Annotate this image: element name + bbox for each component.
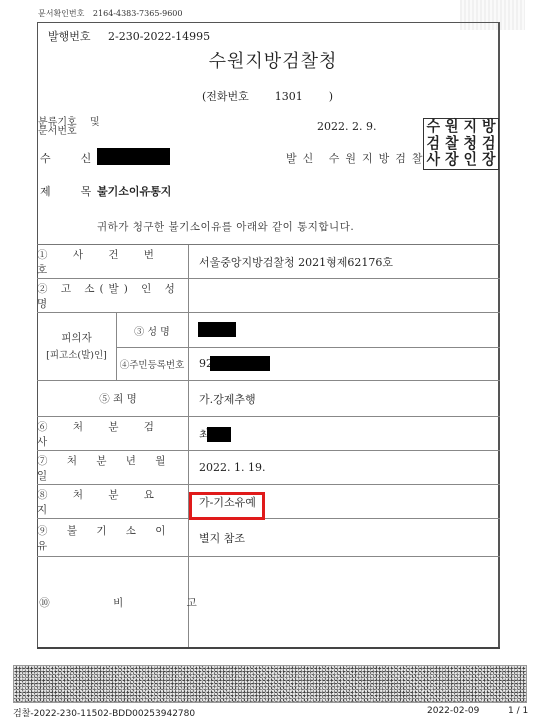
non-indictment-reason-label: ⑨ 불 기 소 이 유 xyxy=(37,519,188,556)
security-pattern-band xyxy=(13,665,527,703)
phone-number: 1301 xyxy=(275,90,303,103)
confirmation-number-line: 문서확인번호 2164-4383-7365-9600 xyxy=(38,8,182,19)
classification-line2: 문서번호 xyxy=(38,127,77,136)
notice-text: 귀하가 청구한 불기소이유를 아래와 같이 통지합니다. xyxy=(97,219,354,234)
recipient-redaction xyxy=(97,148,170,165)
remarks-label: ⑩ 비 고 xyxy=(37,557,188,647)
seal-glyph: 인 xyxy=(461,152,480,169)
table-row-disposition-summary: ⑧ 처 분 요 지 가-기소유예 xyxy=(37,485,500,519)
issue-label: 발행번호 xyxy=(48,30,91,43)
table-subrow-name: ③ 성 명 xyxy=(116,313,500,348)
agency-title: 수원지방검찰청 xyxy=(0,47,546,73)
footer-page-number: 1 / 1 xyxy=(508,706,528,716)
classification-label: 분류기호 문서번호 및 xyxy=(38,118,77,136)
case-number-label: ① 사 건 번 호 xyxy=(37,245,188,278)
subject-value: 불기소이유통지 xyxy=(97,183,171,199)
footer-document-id: 검찰-2022-230-11502-BDD00253942780 xyxy=(13,706,195,719)
disposition-date-value: 2022. 1. 19. xyxy=(199,451,265,484)
seal-glyph: 검 xyxy=(424,135,443,153)
phone-line: (전화번호1301) xyxy=(202,88,333,104)
table-row-case-number: ① 사 건 번 호 서울중앙지방검찰청 2021형제62176호 xyxy=(37,245,500,279)
seal-glyph: 청 xyxy=(461,135,480,153)
table-row-remarks: ⑩ 비 고 xyxy=(37,557,500,649)
non-indictment-reason-value: 별지 참조 xyxy=(199,519,245,556)
phone-label: (전화번호 xyxy=(202,90,249,103)
seal-glyph: 장 xyxy=(443,152,462,169)
table-row-complainant: ② 고 소(발) 인 성 명 xyxy=(37,279,500,313)
official-seal: 수원지방검찰청검사장인장 xyxy=(423,118,499,170)
charge-label: ⑤ 죄 명 xyxy=(37,381,188,416)
charge-value: 가.강제추행 xyxy=(199,381,256,416)
seal-glyph: 사 xyxy=(424,152,443,169)
suspect-name-label: ③ 성 명 xyxy=(116,313,188,347)
issue-date: 2022. 2. 9. xyxy=(317,120,376,133)
sender-text: 발신 수원지방검찰청 xyxy=(286,150,445,166)
footer-date: 2022-02-09 xyxy=(427,706,479,716)
case-number-value: 서울중앙지방검찰청 2021형제62176호 xyxy=(199,245,393,278)
issue-number-line: 발행번호 2-230-2022-14995 xyxy=(48,28,210,44)
resident-number-redaction xyxy=(210,356,270,371)
confirmation-label: 문서확인번호 xyxy=(38,9,84,18)
disposition-table: ① 사 건 번 호 서울중앙지방검찰청 2021형제62176호 ② 고 소(발… xyxy=(37,244,500,648)
suspect-label-line1: 피의자 xyxy=(61,329,91,347)
table-row-prosecutor: ⑥ 처 분 검 사 최 xyxy=(37,417,500,451)
seal-glyph: 방 xyxy=(480,119,499,136)
table-row-disposition-date: ⑦ 처 분 년 월 일 2022. 1. 19. xyxy=(37,451,500,485)
confirmation-number: 2164-4383-7365-9600 xyxy=(93,9,183,18)
seal-glyph: 지 xyxy=(461,119,480,136)
resident-number-label: ④주민등록번호 xyxy=(116,347,188,381)
phone-close: ) xyxy=(329,90,333,103)
prosecutor-redaction xyxy=(207,427,231,442)
classification-and: 및 xyxy=(90,118,100,127)
suspect-group-label: 피의자 [피고소(발)인] xyxy=(37,313,116,381)
suspect-name-redaction xyxy=(198,322,236,337)
suspect-label-line2: [피고소(발)인] xyxy=(46,347,107,365)
prosecutor-label: ⑥ 처 분 검 사 xyxy=(37,417,188,450)
table-row-non-indictment-reason: ⑨ 불 기 소 이 유 별지 참조 xyxy=(37,519,500,557)
seal-glyph: 찰 xyxy=(443,135,462,153)
table-row-charge: ⑤ 죄 명 가.강제추행 xyxy=(37,381,500,417)
seal-glyph: 원 xyxy=(443,119,462,136)
complainant-label: ② 고 소(발) 인 성 명 xyxy=(37,279,188,312)
highlight-box xyxy=(189,492,265,520)
disposition-date-label: ⑦ 처 분 년 월 일 xyxy=(37,451,188,484)
issue-number: 2-230-2022-14995 xyxy=(108,30,210,43)
seal-glyph: 수 xyxy=(424,119,443,136)
disposition-summary-label: ⑧ 처 분 요 지 xyxy=(37,485,188,518)
seal-glyph: 장 xyxy=(480,152,499,169)
seal-glyph: 검 xyxy=(480,135,499,153)
table-subrow-resident-number: ④주민등록번호 92 xyxy=(116,347,500,381)
table-row-suspect: 피의자 [피고소(발)인] ③ 성 명 ④주민등록번호 92 xyxy=(37,313,500,381)
